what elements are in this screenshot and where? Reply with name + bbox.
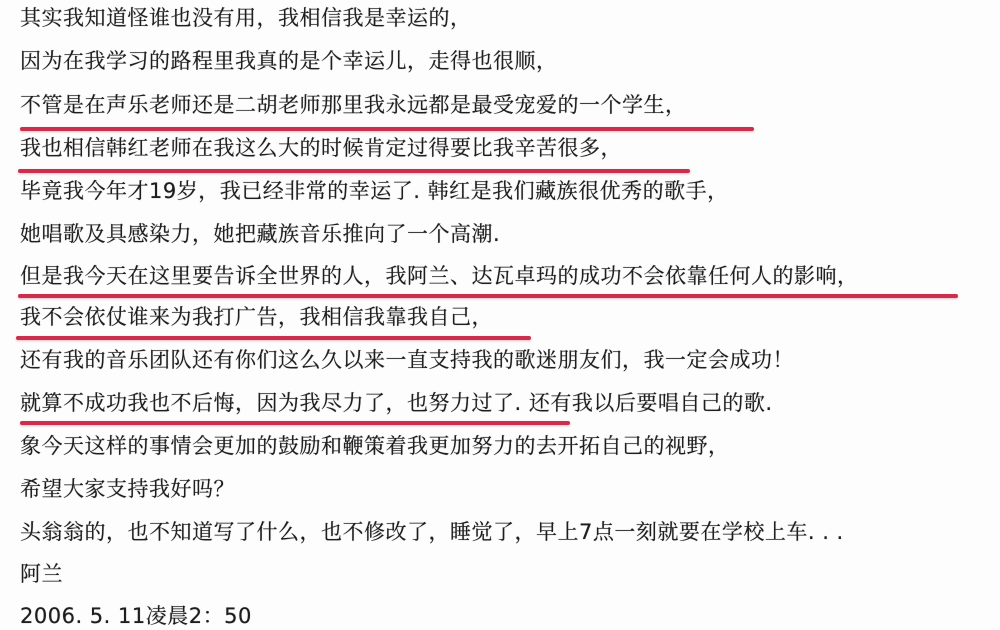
text-line-4: 我也相信韩红老师在我这么大的时候肯定过得要比我辛苦很多， bbox=[20, 135, 622, 161]
highlight-underline-4 bbox=[16, 336, 531, 340]
signature: 阿兰 bbox=[20, 561, 63, 587]
text-line-3: 不管是在声乐老师还是二胡老师那里我永远都是最受宠爱的一个学生， bbox=[20, 92, 687, 118]
letter-page: 其实我知道怪谁也没有用，我相信我是幸运的， 因为在我学习的路程里我真的是个幸运儿… bbox=[0, 0, 1000, 630]
text-line-2: 因为在我学习的路程里我真的是个幸运儿，走得也很顺， bbox=[20, 48, 558, 74]
text-line-8: 我不会依仗谁来为我打广告，我相信我靠我自己， bbox=[20, 304, 493, 330]
text-line-10: 就算不成功我也不后悔，因为我尽力了，也努力过了. 还有我以后要唱自己的歌. bbox=[20, 390, 773, 416]
timestamp: 2006. 5. 11凌晨2：50 bbox=[20, 603, 252, 629]
highlight-underline-2 bbox=[18, 169, 690, 173]
text-line-7: 但是我今天在这里要告诉全世界的人，我阿兰、达瓦卓玛的成功不会依靠任何人的影响， bbox=[20, 263, 859, 289]
text-line-11: 象今天这样的事情会更加的鼓励和鞭策着我更加努力的去开拓自己的视野， bbox=[20, 433, 730, 459]
highlight-underline-5 bbox=[20, 421, 570, 425]
text-line-9: 还有我的音乐团队还有你们这么久以来一直支持我的歌迷朋友们，我一定会成功！ bbox=[20, 347, 794, 373]
text-line-5: 毕竟我今年才19岁，我已经非常的幸运了. 韩红是我们藏族很优秀的歌手， bbox=[20, 178, 729, 204]
text-line-13: 头翁翁的，也不知道写了什么，也不修改了，睡觉了，早上7点一刻就要在学校上车. .… bbox=[20, 519, 844, 545]
highlight-underline-3 bbox=[18, 294, 958, 298]
text-line-1: 其实我知道怪谁也没有用，我相信我是幸运的， bbox=[20, 5, 472, 31]
highlight-underline-1 bbox=[20, 127, 754, 131]
text-line-6: 她唱歌及具感染力，她把藏族音乐推向了一个高潮. bbox=[20, 221, 500, 247]
text-line-12: 希望大家支持我好吗？ bbox=[20, 476, 235, 502]
